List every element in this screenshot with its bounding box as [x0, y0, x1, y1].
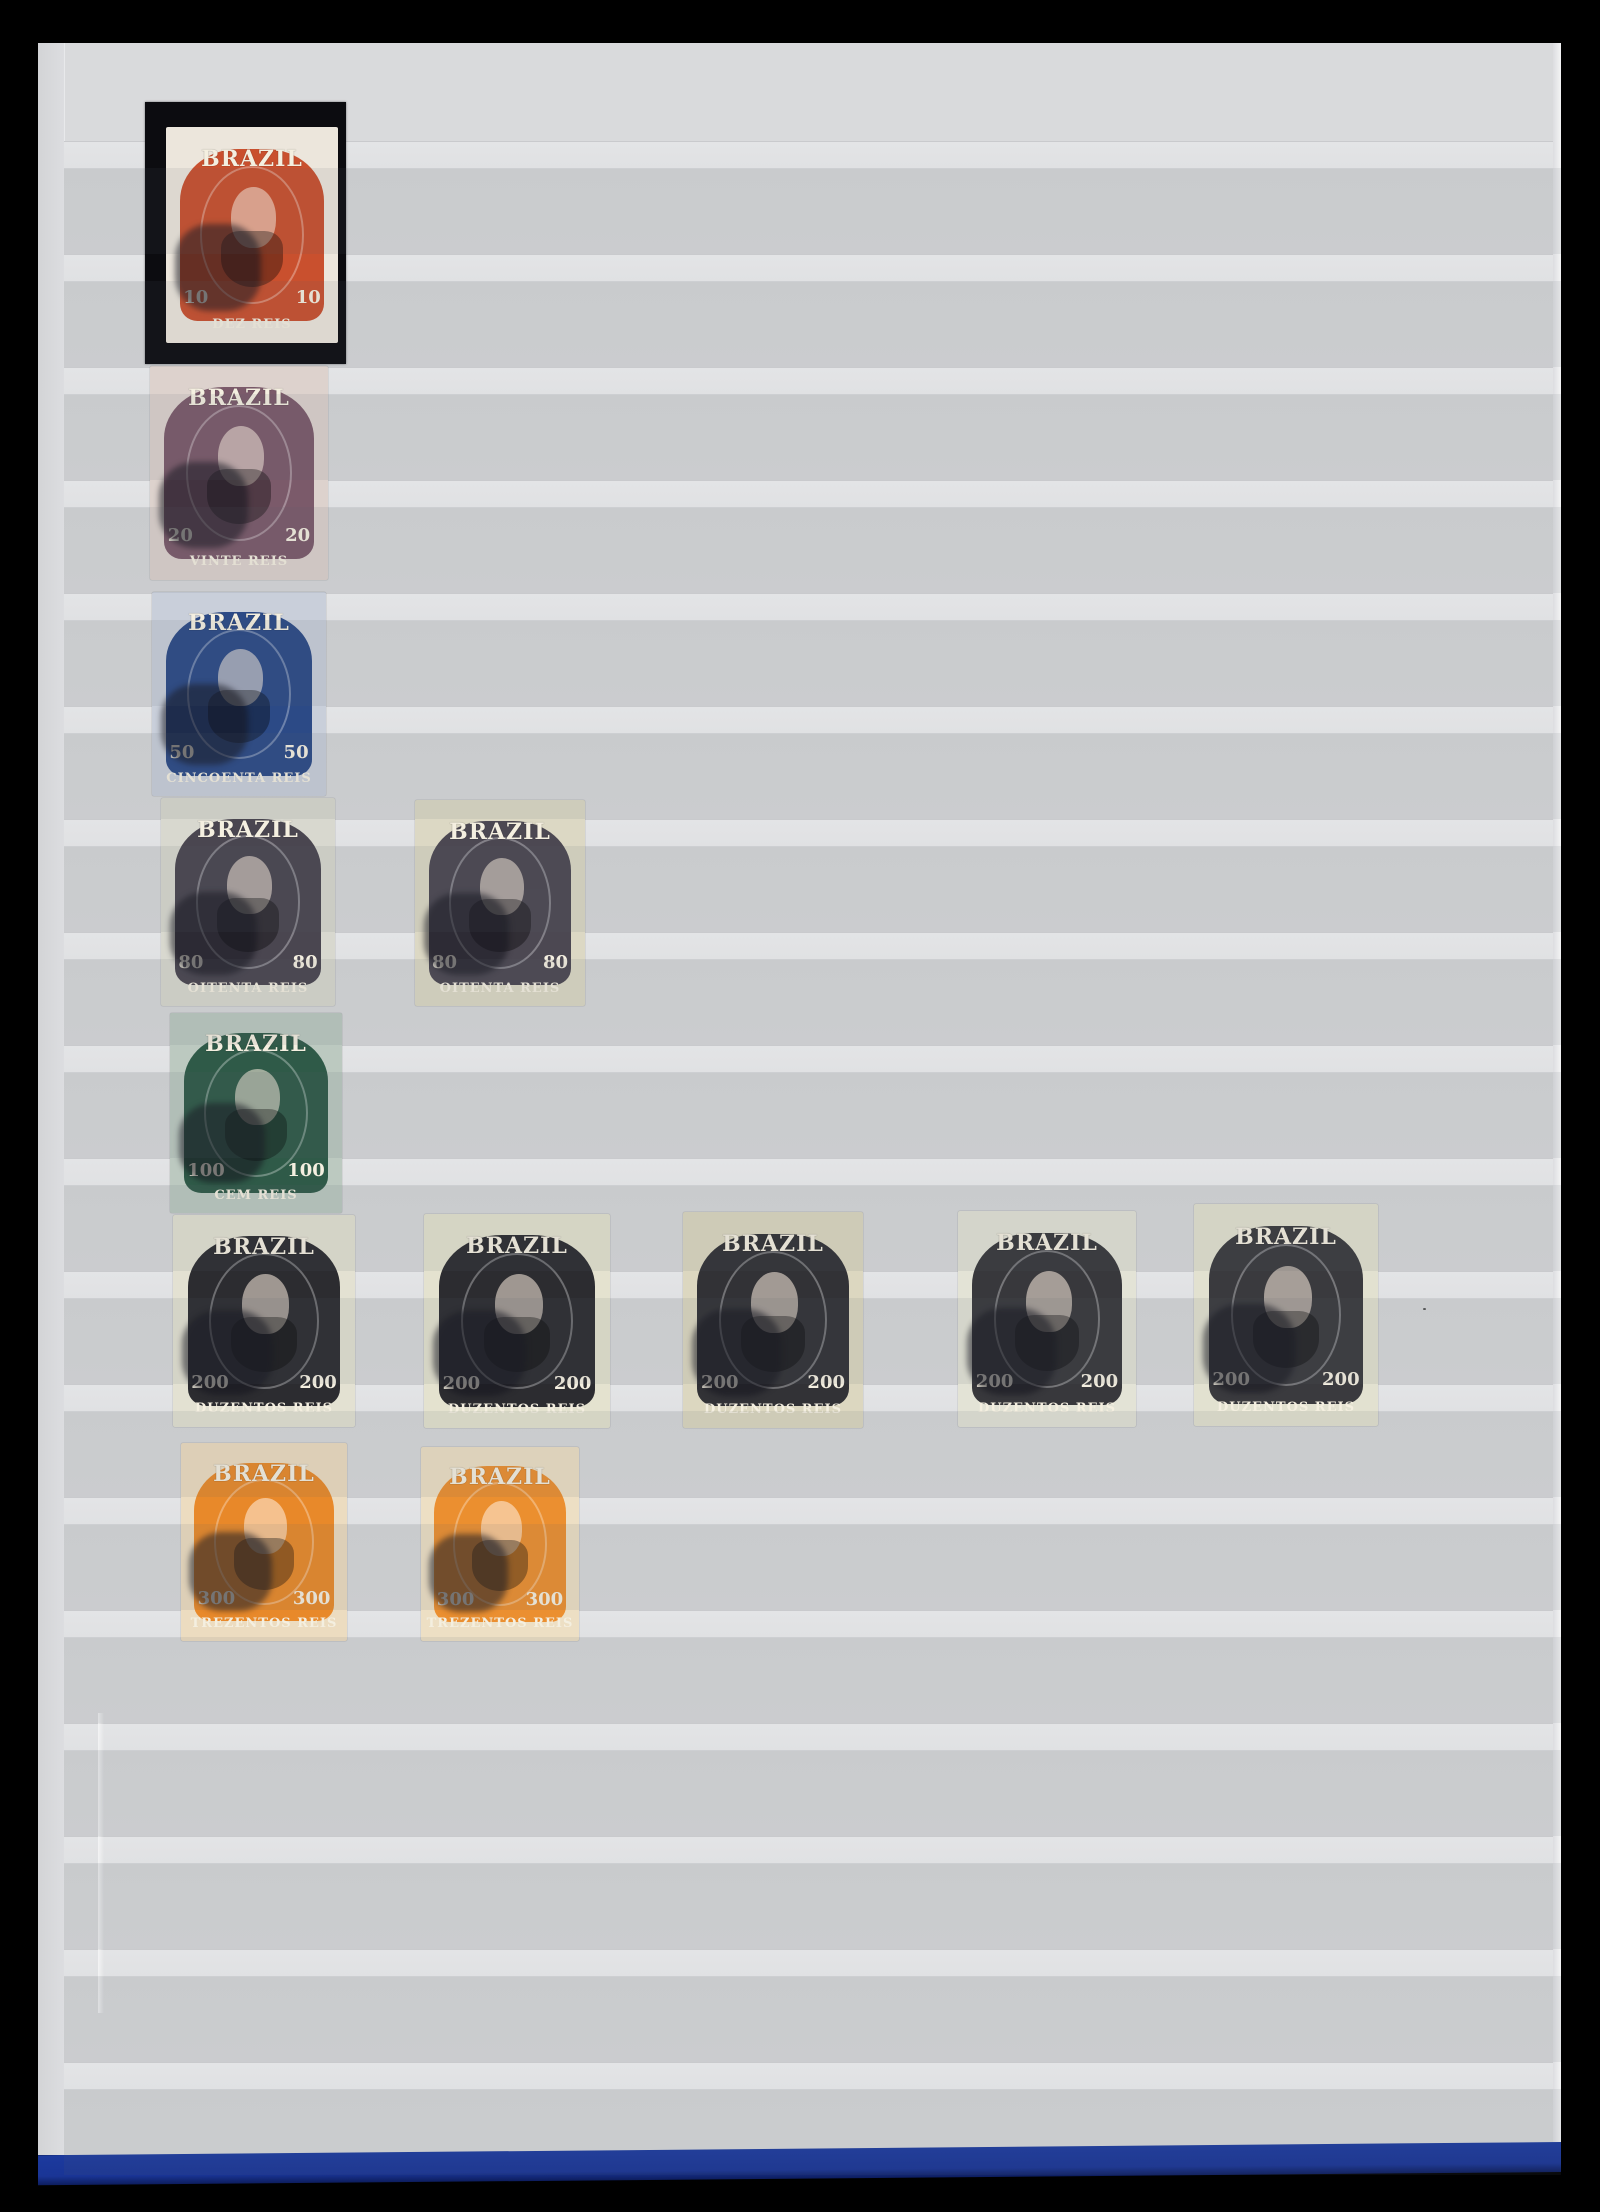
strip-film: [64, 1637, 1561, 1723]
strip-film: [64, 1185, 1561, 1271]
page-gutter: [38, 43, 65, 2155]
strip-film: [64, 1072, 1561, 1158]
strip-film: [64, 168, 1561, 254]
strip-film: [64, 959, 1561, 1045]
strip-film: [64, 2089, 1561, 2175]
strip-film: [64, 281, 1561, 367]
strip-film: [64, 1524, 1561, 1610]
strip-film: [64, 1863, 1561, 1949]
strip-film: [64, 733, 1561, 819]
strip-film: [64, 620, 1561, 706]
strip-film: [64, 1411, 1561, 1497]
stamp-value-words: TREZENTOS REIS: [181, 1616, 347, 1631]
strip-film: [64, 507, 1561, 593]
stamp-country-label: BRAZIL: [161, 817, 335, 843]
strip-film: [64, 394, 1561, 480]
strip-film: [64, 1298, 1561, 1384]
strip-film: [64, 1976, 1561, 2062]
stamp-value-right: 100: [287, 1160, 325, 1181]
strip-film: [64, 1750, 1561, 1836]
stamp-country-label: BRAZIL: [415, 819, 585, 845]
strip-film: [64, 846, 1561, 932]
stamp-value-words: TREZENTOS REIS: [421, 1616, 579, 1631]
